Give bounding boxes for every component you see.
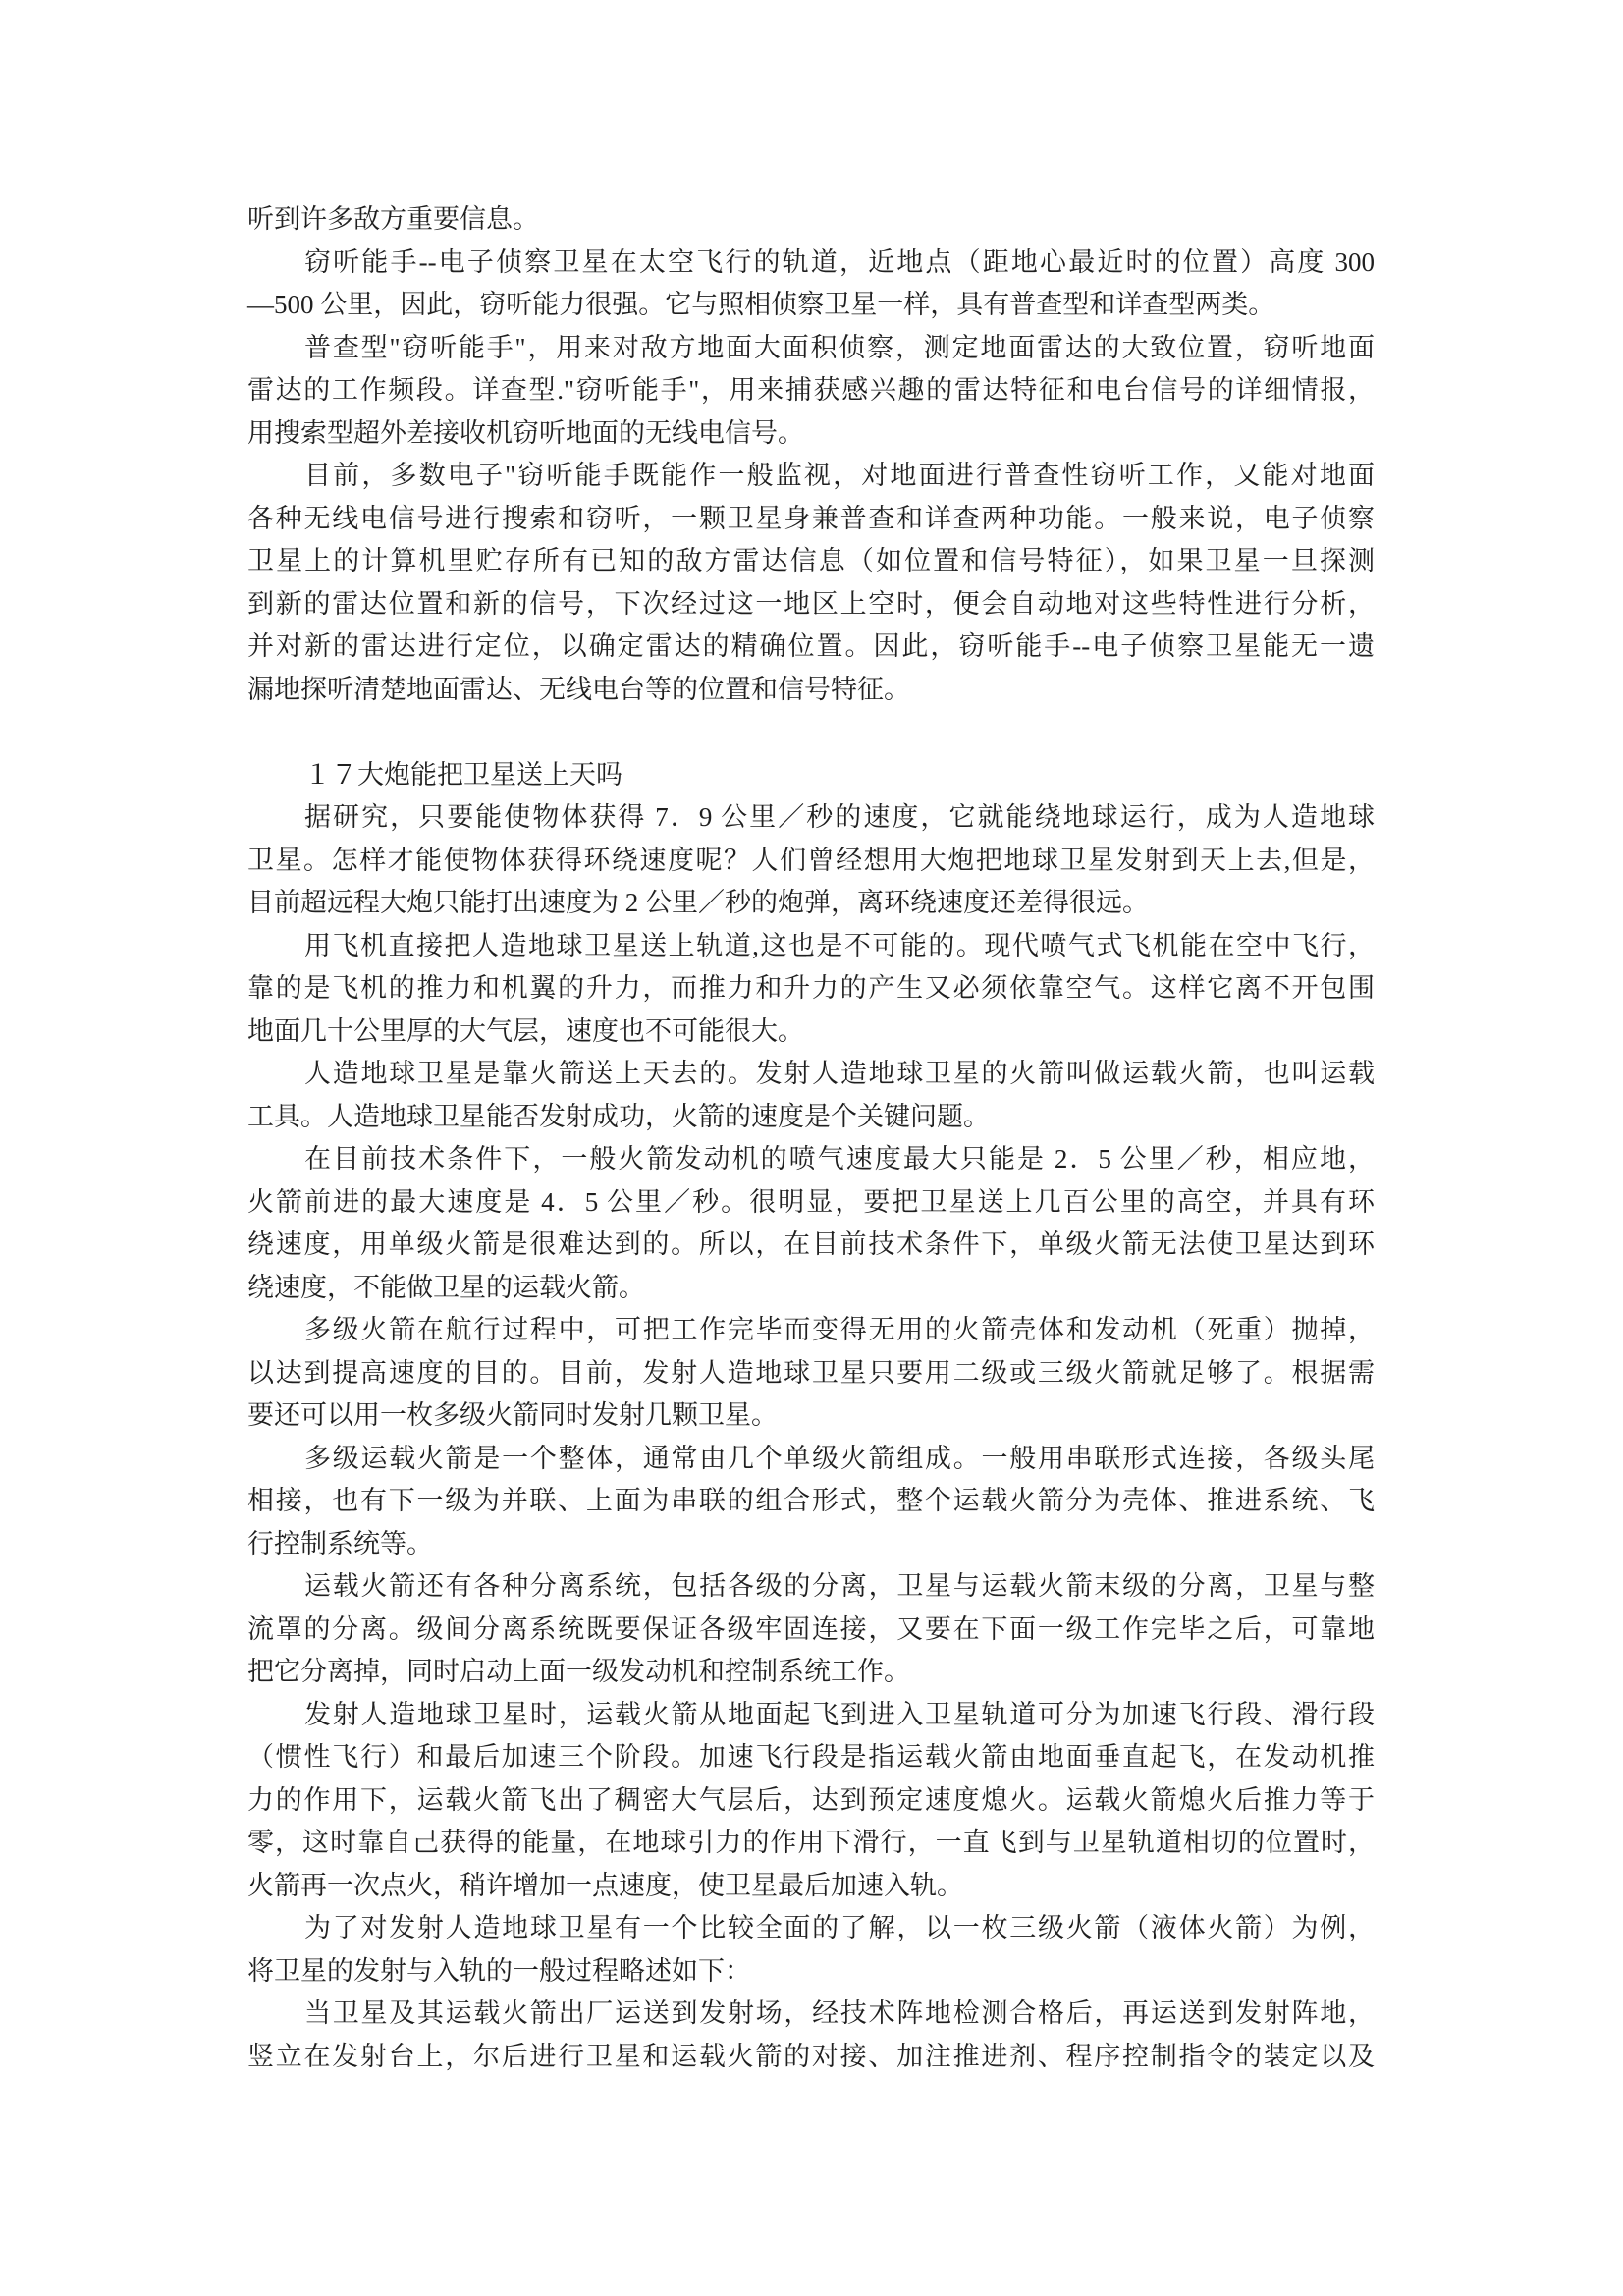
text-line: 并对新的雷达进行定位，以确定雷达的精确位置。因此，窃听能手--电子侦察卫星能无一… <box>247 626 1375 669</box>
text-line: 行控制系统等。 <box>247 1523 1375 1566</box>
text-line: 漏地探听清楚地面雷达、无线电台等的位置和信号特征。 <box>247 669 1375 712</box>
text-line: 卫星上的计算机里贮存所有已知的敌方雷达信息（如位置和信号特征），如果卫星一旦探测 <box>247 540 1375 583</box>
text-line: 绕速度，不能做卫星的运载火箭。 <box>247 1267 1375 1310</box>
text-line: 零，这时靠自己获得的能量，在地球引力的作用下滑行，一直飞到与卫星轨道相切的位置时… <box>247 1822 1375 1865</box>
text-line: 目前，多数电子"窃听能手既能作一般监视，对地面进行普查性窃听工作，又能对地面 <box>247 455 1375 498</box>
text-line: 工具。人造地球卫星能否发射成功，火箭的速度是个关键问题。 <box>247 1096 1375 1139</box>
text-block: 听到许多敌方重要信息。窃听能手--电子侦察卫星在太空飞行的轨道，近地点（距地心最… <box>247 198 1375 2078</box>
text-line: 窃听能手--电子侦察卫星在太空飞行的轨道，近地点（距地心最近时的位置）高度 30… <box>247 242 1375 285</box>
text-line: 用搜索型超外差接收机窃听地面的无线电信号。 <box>247 412 1375 456</box>
text-line: 雷达的工作频段。详查型."窃听能手"，用来捕获感兴趣的雷达特征和电台信号的详细情… <box>247 369 1375 412</box>
text-line: 要还可以用一枚多级火箭同时发射几颗卫星。 <box>247 1394 1375 1438</box>
text-line: 在目前技术条件下，一般火箭发动机的喷气速度最大只能是 2．5 公里／秒，相应地， <box>247 1138 1375 1181</box>
text-line: 火箭前进的最大速度是 4．5 公里／秒。很明显，要把卫星送上几百公里的高空，并具… <box>247 1181 1375 1225</box>
text-line: 竖立在发射台上，尔后进行卫星和运载火箭的对接、加注推进剂、程序控制指令的装定以及 <box>247 2036 1375 2079</box>
text-line: 卫星。怎样才能使物体获得环绕速度呢？人们曾经想用大炮把地球卫星发射到天上去,但是… <box>247 840 1375 883</box>
section-heading: １７大炮能把卫星送上天吗 <box>247 754 1375 797</box>
text-line: 多级运载火箭是一个整体，通常由几个单级火箭组成。一般用串联形式连接，各级头尾 <box>247 1438 1375 1481</box>
text-line: 到新的雷达位置和新的信号，下次经过这一地区上空时，便会自动地对这些特性进行分析， <box>247 583 1375 627</box>
text-line: （惯性飞行）和最后加速三个阶段。加速飞行段是指运载火箭由地面垂直起飞，在发动机推 <box>247 1736 1375 1779</box>
text-line: 听到许多敌方重要信息。 <box>247 198 1375 242</box>
text-line: 把它分离掉，同时启动上面一级发动机和控制系统工作。 <box>247 1651 1375 1694</box>
text-line: 多级火箭在航行过程中，可把工作完毕而变得无用的火箭壳体和发动机（死重）抛掉， <box>247 1309 1375 1352</box>
text-line: 普查型"窃听能手"，用来对敌方地面大面积侦察，测定地面雷达的大致位置，窃听地面 <box>247 327 1375 370</box>
blank-line <box>247 711 1375 754</box>
text-line: —500 公里，因此，窃听能力很强。它与照相侦察卫星一样，具有普查型和详查型两类… <box>247 284 1375 327</box>
text-line: 人造地球卫星是靠火箭送上天去的。发射人造地球卫星的火箭叫做运载火箭，也叫运载 <box>247 1053 1375 1096</box>
text-line: 各种无线电信号进行搜索和窃听，一颗卫星身兼普查和详查两种功能。一般来说，电子侦察 <box>247 498 1375 541</box>
text-line: 靠的是飞机的推力和机翼的升力，而推力和升力的产生又必须依靠空气。这样它离不开包围 <box>247 967 1375 1011</box>
text-line: 流罩的分离。级间分离系统既要保证各级牢固连接，又要在下面一级工作完毕之后，可靠地 <box>247 1609 1375 1652</box>
text-line: 火箭再一次点火，稍许增加一点速度，使卫星最后加速入轨。 <box>247 1865 1375 1908</box>
text-line: 运载火箭还有各种分离系统，包括各级的分离，卫星与运载火箭末级的分离，卫星与整 <box>247 1565 1375 1609</box>
text-line: 将卫星的发射与入轨的一般过程略述如下： <box>247 1950 1375 1994</box>
text-line: 当卫星及其运载火箭出厂运送到发射场，经技术阵地检测合格后，再运送到发射阵地， <box>247 1993 1375 2036</box>
text-line: 目前超远程大炮只能打出速度为 2 公里／秒的炮弹，离环绕速度还差得很远。 <box>247 882 1375 925</box>
text-line: 据研究，只要能使物体获得 7．9 公里／秒的速度，它就能绕地球运行，成为人造地球 <box>247 796 1375 840</box>
document-page: 听到许多敌方重要信息。窃听能手--电子侦察卫星在太空飞行的轨道，近地点（距地心最… <box>0 0 1623 2296</box>
text-line: 发射人造地球卫星时，运载火箭从地面起飞到进入卫星轨道可分为加速飞行段、滑行段 <box>247 1694 1375 1737</box>
text-line: 用飞机直接把人造地球卫星送上轨道,这也是不可能的。现代喷气式飞机能在空中飞行， <box>247 925 1375 968</box>
text-line: 相接，也有下一级为并联、上面为串联的组合形式，整个运载火箭分为壳体、推进系统、飞 <box>247 1480 1375 1523</box>
text-line: 以达到提高速度的目的。目前，发射人造地球卫星只要用二级或三级火箭就足够了。根据需 <box>247 1352 1375 1395</box>
text-line: 为了对发射人造地球卫星有一个比较全面的了解，以一枚三级火箭（液体火箭）为例， <box>247 1907 1375 1950</box>
text-line: 地面几十公里厚的大气层，速度也不可能很大。 <box>247 1011 1375 1054</box>
text-line: 力的作用下，运载火箭飞出了稠密大气层后，达到预定速度熄火。运载火箭熄火后推力等于 <box>247 1779 1375 1823</box>
text-line: 绕速度，用单级火箭是很难达到的。所以，在目前技术条件下，单级火箭无法使卫星达到环 <box>247 1224 1375 1267</box>
